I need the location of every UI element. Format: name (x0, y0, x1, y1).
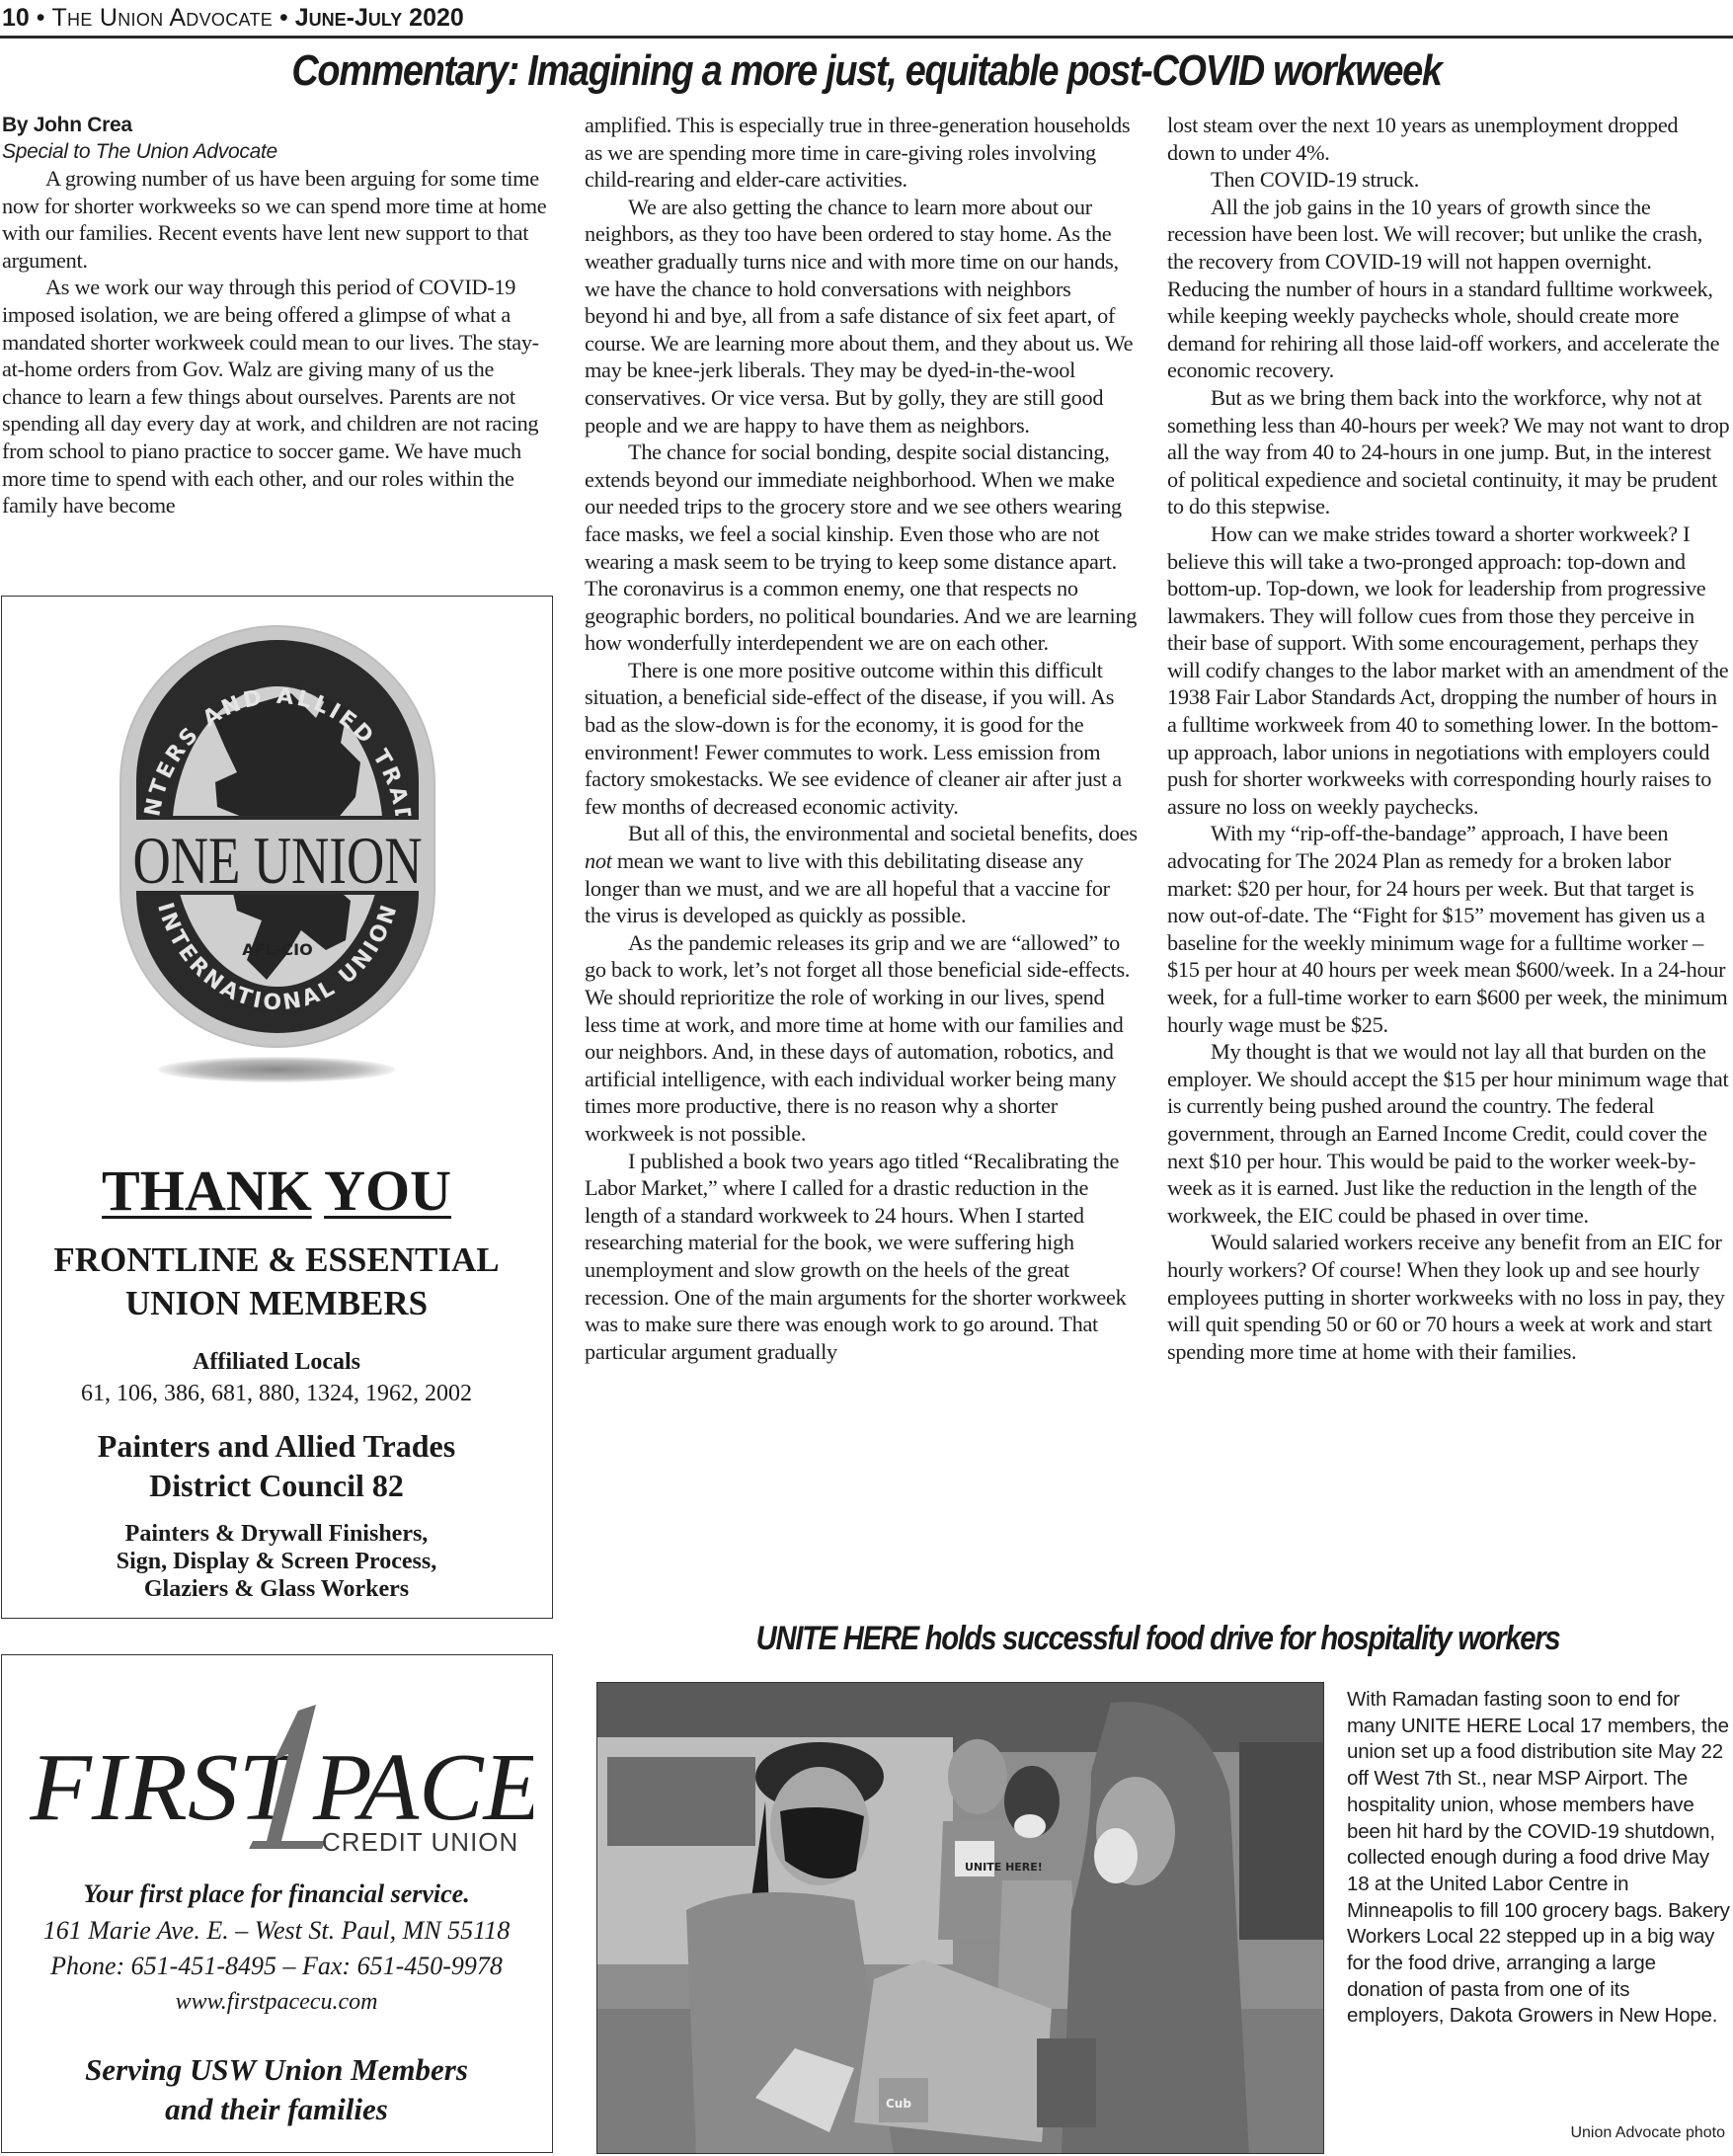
paragraph-continuation: lost steam over the next 10 years as une… (1167, 112, 1730, 166)
affiliated-locals-label: Affiliated Locals (2, 1347, 551, 1377)
photo-caption: With Ramadan fasting soon to end for man… (1347, 1687, 1730, 2030)
paragraph: A growing number of us have been arguing… (2, 165, 555, 274)
paragraph: My thought is that we would not lay all … (1167, 1038, 1730, 1229)
paragraph: I published a book two years ago titled … (585, 1148, 1138, 1366)
paragraph: Would salaried workers receive any benef… (1167, 1229, 1730, 1365)
svg-text:AFL-CIO: AFL-CIO (242, 940, 312, 959)
thank-word: THANK (102, 1158, 312, 1223)
emphasis: not (585, 848, 612, 873)
serving-line: Serving USW Union Members (2, 2050, 551, 2090)
food-drive-photo: UNITE HERE! Cub (596, 1682, 1324, 2154)
unite-here-headline: UNITE HERE holds successful food drive f… (664, 1618, 1653, 1659)
commentary-headline: Commentary: Imagining a more just, equit… (121, 45, 1612, 97)
subtitle-line: FRONTLINE & ESSENTIAL (2, 1238, 551, 1282)
firstpace-address: 161 Marie Ave. E. – West St. Paul, MN 55… (2, 1914, 551, 1948)
council-line: District Council 82 (2, 1466, 551, 1505)
firstpace-logo-mark-icon: FIRST PACE CREDIT UNION (30, 1703, 533, 1861)
affiliated-locals-list: 61, 106, 386, 681, 880, 1324, 1962, 2002 (2, 1379, 551, 1408)
paragraph-continuation: amplified. This is especially true in th… (585, 112, 1138, 194)
frontline-subtitle: FRONTLINE & ESSENTIAL UNION MEMBERS (2, 1238, 551, 1325)
publication-name: The Union Advocate (51, 4, 273, 32)
byline: By John Crea (2, 112, 555, 138)
paragraph: As the pandemic releases its grip and we… (585, 929, 1138, 1148)
paragraph: There is one more positive outcome withi… (585, 657, 1138, 821)
paragraph: But as we bring them back into the workf… (1167, 384, 1730, 520)
district-council: Painters and Allied Trades District Coun… (2, 1426, 551, 1505)
food-drive-photo-image: UNITE HERE! Cub (597, 1683, 1324, 2154)
subtitle-line: UNION MEMBERS (2, 1282, 551, 1325)
paragraph: But all of this, the environmental and s… (585, 820, 1138, 928)
byline-affiliation: Special to The Union Advocate (2, 138, 555, 165)
article-column-3: lost steam over the next 10 years as une… (1167, 112, 1730, 1365)
paragraph: How can we make strides toward a shorter… (1167, 520, 1730, 821)
firstpace-phone-fax: Phone: 651-451-8495 – Fax: 651-450-9978 (2, 1950, 551, 1983)
trades-list: Painters & Drywall Finishers, Sign, Disp… (2, 1520, 551, 1603)
folio-separator: • (37, 4, 45, 32)
you-word: YOU (324, 1158, 451, 1223)
text-run: But all of this, the environmental and s… (628, 821, 1138, 845)
svg-text:CREDIT UNION: CREDIT UNION (322, 1827, 518, 1857)
firstpace-credit-union-ad: FIRST PACE CREDIT UNION Your first place… (1, 1654, 553, 2153)
logo-shadow (158, 1057, 395, 1082)
folio-separator: • (279, 4, 288, 32)
paragraph: Then COVID-19 struck. (1167, 166, 1730, 194)
paragraph: We are also getting the chance to learn … (585, 194, 1138, 439)
page-number: 10 (2, 4, 30, 32)
page-folio: 10 • The Union Advocate • June-July 2020 (2, 2, 464, 34)
firstpace-logo: FIRST PACE CREDIT UNION (30, 1703, 533, 1861)
trades-line: Glaziers & Glass Workers (2, 1575, 551, 1603)
header-rule (0, 36, 1733, 39)
firstpace-website-link[interactable]: www.firstpacecu.com (2, 1985, 551, 2019)
paragraph: All the job gains in the 10 years of gro… (1167, 194, 1730, 384)
trades-line: Sign, Display & Screen Process, (2, 1548, 551, 1575)
painters-union-logo: PAINTERS AND ALLIED TRADES INTERNATIONAL… (118, 624, 436, 1049)
lion-emblem-icon: PAINTERS AND ALLIED TRADES INTERNATIONAL… (118, 624, 436, 1049)
issue-date: June-July 2020 (295, 4, 464, 32)
paragraph: The chance for social bonding, despite s… (585, 439, 1138, 657)
thank-you-heading: THANK YOU (2, 1159, 551, 1223)
trades-line: Painters & Drywall Finishers, (2, 1520, 551, 1548)
text-run: mean we want to live with this debilitat… (585, 848, 1110, 927)
article-column-1: By John Crea Special to The Union Advoca… (2, 112, 555, 519)
photo-bag-text: Cub (886, 2097, 911, 2111)
serving-line: and their families (2, 2090, 551, 2129)
photo-credit: Union Advocate photo (1347, 2123, 1725, 2143)
svg-text:ONE UNION: ONE UNION (132, 825, 422, 899)
photo-shirt-text: UNITE HERE! (965, 1861, 1043, 1874)
article-column-2: amplified. This is especially true in th… (585, 112, 1138, 1365)
painters-union-ad: PAINTERS AND ALLIED TRADES INTERNATIONAL… (1, 596, 553, 1619)
svg-text:PACE: PACE (312, 1734, 533, 1841)
firstpace-serving-members: Serving USW Union Members and their fami… (2, 2050, 551, 2129)
paragraph: With my “rip-off-the-bandage” approach, … (1167, 820, 1730, 1038)
paragraph: As we work our way through this period o… (2, 274, 555, 519)
council-line: Painters and Allied Trades (2, 1426, 551, 1466)
svg-text:FIRST: FIRST (30, 1732, 301, 1840)
firstpace-tagline: Your first place for financial service. (2, 1877, 551, 1911)
